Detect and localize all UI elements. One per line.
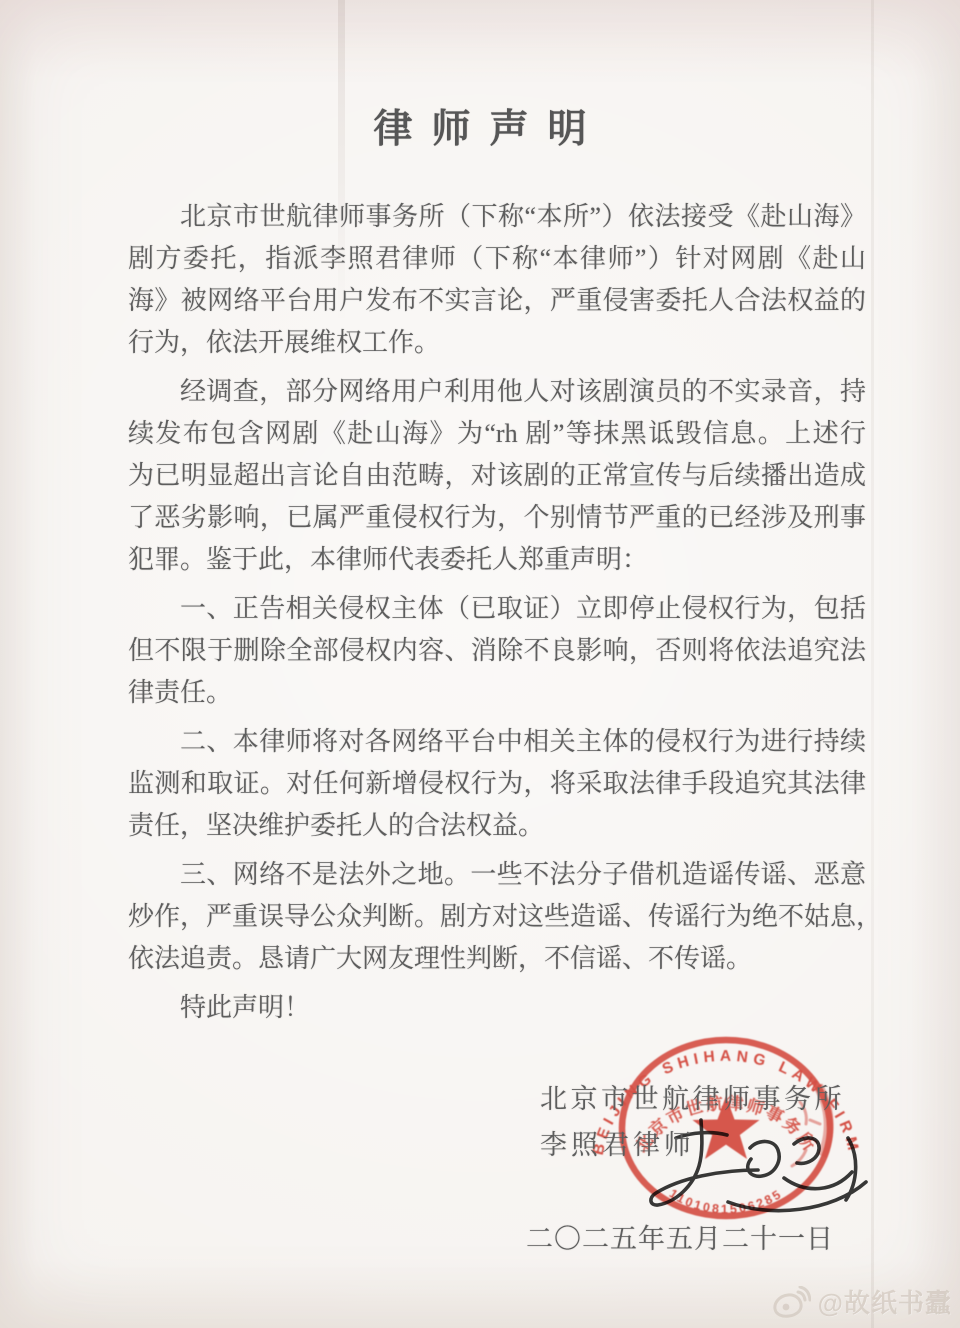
paragraph-item-3: 三、网络不是法外之地。一些不法分子借机造谣传谣、恶意 炒作，严重误导公众判断。剧… — [128, 854, 866, 980]
text-line: 监测和取证。对任何新增侵权行为，将采取法律手段追究其法律 — [128, 763, 866, 805]
text-line: 律责任。 — [128, 672, 866, 714]
text-line: 行为，依法开展维权工作。 — [128, 322, 866, 364]
paragraph-item-2: 二、本律师将对各网络平台中相关主体的侵权行为进行持续 监测和取证。对任何新增侵权… — [128, 721, 866, 847]
paragraph: 北京市世航律师事务所（下称“本所”）依法接受《赴山海》 剧方委托，指派李照君律师… — [128, 196, 866, 364]
statement-body: 北京市世航律师事务所（下称“本所”）依法接受《赴山海》 剧方委托，指派李照君律师… — [128, 196, 866, 1029]
text-line: 炒作，严重误导公众判断。剧方对这些造谣、传谣行为绝不姑息， — [128, 896, 866, 938]
text-line: 依法追责。恳请广大网友理性判断，不信谣、不传谣。 — [128, 938, 866, 980]
text-line: 海》被网络平台用户发布不实言论，严重侵害委托人合法权益的 — [128, 280, 866, 322]
watermark-handle: @故纸书蠹 — [818, 1283, 952, 1320]
signature-firm-name: 北京市世航律师事务所 — [540, 1078, 845, 1120]
text-line: 三、网络不是法外之地。一些不法分子借机造谣传谣、恶意 — [128, 854, 866, 896]
text-line: 为已明显超出言论自由范畴，对该剧的正常宣传与后续播出造成 — [128, 455, 866, 497]
text-line: 犯罪。鉴于此，本律师代表委托人郑重声明： — [128, 539, 866, 581]
text-line: 但不限于删除全部侵权内容、消除不良影响，否则将依法追究法 — [128, 630, 866, 672]
text-line: 二、本律师将对各网络平台中相关主体的侵权行为进行持续 — [128, 721, 866, 763]
text-line: 北京市世航律师事务所（下称“本所”）依法接受《赴山海》 — [128, 196, 866, 238]
document-date: 二〇二五年五月二十一日 — [526, 1218, 834, 1260]
text-line: 一、正告相关侵权主体（已取证）立即停止侵权行为，包括 — [128, 588, 866, 630]
text-line: 剧方委托，指派李照君律师（下称“本律师”）针对网剧《赴山 — [128, 238, 866, 280]
text-line: 责任，坚决维护委托人的合法权益。 — [128, 805, 866, 847]
text-line: 续发布包含网剧《赴山海》为“rh 剧”等抹黑诋毁信息。上述行 — [128, 413, 866, 455]
watermark: @故纸书蠹 — [773, 1283, 952, 1320]
paragraph: 经调查，部分网络用户利用他人对该剧演员的不实录音，持 续发布包含网剧《赴山海》为… — [128, 371, 866, 581]
signature-lawyer-name: 李照君律师 — [540, 1124, 695, 1166]
text-line: 经调查，部分网络用户利用他人对该剧演员的不实录音，持 — [128, 371, 866, 413]
paragraph-item-1: 一、正告相关侵权主体（已取证）立即停止侵权行为，包括 但不限于删除全部侵权内容、… — [128, 588, 866, 714]
text-line: 了恶劣影响，已属严重侵权行为，个别情节严重的已经涉及刑事 — [128, 497, 866, 539]
scanned-lawyer-statement: 律师声明 北京市世航律师事务所（下称“本所”）依法接受《赴山海》 剧方委托，指派… — [0, 0, 960, 1328]
page-title: 律师声明 — [0, 98, 960, 154]
weibo-icon — [773, 1286, 811, 1318]
